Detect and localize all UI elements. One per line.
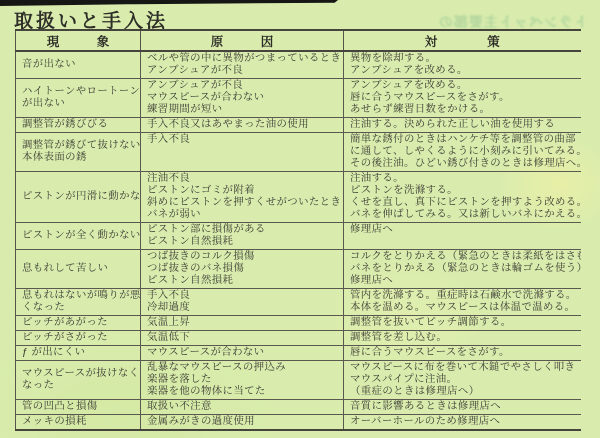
cell-line: 本体を温める。マウスピースは体温で温める。 [350,302,578,314]
cell-line: バネを伸ばしてみる。又は新しいバネにかえる。 [350,209,578,221]
cause-cell: 気温低下 [141,331,344,346]
table-row: ピストンが円滑に動かない注油不良ピストンにゴミが附着斜めにピストンを押すくせがつ… [16,172,581,223]
cell-line: 斜めにピストンを押すくせがついたとき [147,197,340,209]
action-cell: 音質に影響あるときは修理店へ [344,400,581,415]
cell-line: アンブシュアを改める。 [350,65,578,77]
phenomenon-cell: 息もれして苦しい [16,250,141,289]
cell-line: が出ない [22,98,137,110]
action-cell: マウスピースに布を巻いて木鎚でやさしく叩きマウスパイプに注油。（重症のときは修理… [344,361,581,400]
cell-line: アンブシュアが不良 [147,65,340,77]
cause-cell: つば抜きのコルク損傷つば抜きのバネ損傷ピストン自然損耗 [141,250,344,289]
cell-line: 簡単な銹付のときはハンケチ等を調整管の曲部 [350,134,578,146]
phenomenon-cell: 音が出ない [16,51,141,79]
cell-line: ベルや管の中に異物がつまっているとき [147,53,340,65]
cause-cell: 取扱い不注意 [141,400,344,415]
cell-line: マウスピースが抜けなく [22,368,137,380]
action-cell: 注油する。ピストンを洗滌する。くせを直し、真下にピストンを押すよう改める。バネを… [344,172,581,223]
phenomenon-cell: 息もれはないが鳴りが悪くなった [16,289,141,316]
cause-cell: ベルや管の中に異物がつまっているときアンブシュアが不良 [141,51,344,79]
table-row: 音が出ないベルや管の中に異物がつまっているときアンブシュアが不良異物を除却する。… [16,51,581,79]
cause-cell: 手入不良又はあやまった油の使用 [141,118,344,133]
phenomenon-cell: ピストンが全く動かない [16,223,141,250]
phenomenon-cell: 管の凹凸と損傷 [16,400,141,415]
action-cell: 異物を除却する。アンブシュアを改める。 [344,51,581,79]
cell-line: 注油する。 [350,173,578,185]
cell-line: 音質に影響あるときは修理店へ [350,401,578,413]
cell-line: 唇に合うマウスピースをさがす。 [350,92,578,104]
cause-cell: ピストン部に損傷があるピストン自然損耗 [141,223,344,250]
cell-line: コルクをとりかえる（緊急のときは柔紙をはさむ）。 [350,251,578,263]
cell-line: に通して、しやくるように小刻みに引いてみる。 [350,146,578,158]
table-row: 調整管が銹びて抜けない本体表面の銹手入不良簡単な銹付のときはハンケチ等を調整管の… [16,133,581,172]
cell-line: 修理店へ [350,275,578,287]
cell-line: 手入不良 [147,290,340,302]
table-row: マウスピースが抜けなくなった乱暴なマウスピースの押込み楽器を落した楽器を他の物体… [16,361,581,400]
cell-line: つば抜きのバネ損傷 [147,263,340,275]
cell-line: ピストン部に損傷がある [147,224,340,236]
cell-line: 異物を除却する。 [350,53,578,65]
cell-line: 音が出ない [22,59,137,71]
cell-line: 冷却過度 [147,302,340,314]
cell-line: 気温上昇 [147,317,340,329]
cell-line: バネをとりかえる（緊急のときは輪ゴムを使う）。 [350,263,578,275]
action-cell: 修理店へ [344,223,581,250]
table-row: ピッチがあがった気温上昇調整管を抜いてピッチ調節する。 [16,316,581,331]
cell-line: 気温低下 [147,332,340,344]
cell-line: 手入不良又はあやまった油の使用 [147,119,340,131]
header-action: 対 策 [344,30,581,51]
cell-line: アンブシュアが不良 [147,80,340,92]
cell-line: マウスピースに布を巻いて木鎚でやさしく叩き [350,362,578,374]
maintenance-table: 現 象 原 因 対 策 音が出ないベルや管の中に異物がつまっているときアンブシュ… [15,29,581,431]
cell-line: マウスピースが合わない [147,92,340,104]
cell-line: あせらず練習日数をかける。 [350,104,578,116]
phenomenon-cell: ハイトーンやロートーンが出ない [16,79,141,118]
cell-line: アンブシュアを改める。 [350,80,578,92]
action-cell: オーバーホールのため修理店へ [344,415,581,431]
cause-cell: マウスピースが合わない [141,346,344,361]
cause-cell: 乱暴なマウスピースの押込み楽器を落した楽器を他の物体に当てた [141,361,344,400]
cell-line: ピストンが全く動かない [22,230,137,242]
table-row: 管の凹凸と損傷取扱い不注意音質に影響あるときは修理店へ [16,400,581,415]
action-cell: 簡単な銹付のときはハンケチ等を調整管の曲部に通して、しやくるように小刻みに引いて… [344,133,581,172]
table-row: ピッチがさがった気温低下調整管を差し込む。 [16,331,581,346]
phenomenon-cell: マウスピースが抜けなくなった [16,361,141,400]
cell-line: 調整管を差し込む。 [350,332,578,344]
cell-line: メッキの損耗 [22,416,137,428]
table-row: ハイトーンやロートーンが出ないアンブシュアが不良マウスピースが合わない練習期間が… [16,79,581,118]
cell-line: 息もれはないが鳴りが悪 [22,290,137,302]
phenomenon-cell: 調整管が銹びびる [16,118,141,133]
cell-line: ピストンが円滑に動かない [22,191,137,203]
action-cell: アンブシュアを改める。唇に合うマウスピースをさがす。あせらず練習日数をかける。 [344,79,581,118]
cell-line: 唇に合うマウスピースをさがす。 [350,347,578,359]
cell-line: 金属みがきの過度使用 [147,416,340,428]
cell-line: ピストン自然損耗 [147,275,340,287]
cell-line: ピストン自然損耗 [147,236,340,248]
header-cause: 原 因 [141,30,344,51]
cause-cell: 気温上昇 [141,316,344,331]
cause-cell: 注油不良ピストンにゴミが附着斜めにピストンを押すくせがついたときバネが弱い [141,172,344,223]
phenomenon-cell: 調整管が銹びて抜けない本体表面の銹 [16,133,141,172]
phenomenon-cell: ピッチがあがった [16,316,141,331]
cell-line: ƒ が出にくい [22,347,137,359]
cell-line: 本体表面の銹 [22,152,137,164]
cell-line: くなった [22,302,137,314]
cell-line: 管の凹凸と損傷 [22,401,137,413]
cell-line: マウスピースが合わない [147,347,340,359]
action-cell: 調整管を差し込む。 [344,331,581,346]
cell-line: 取扱い不注意 [147,401,340,413]
cell-line: 修理店へ [350,224,578,236]
action-cell: コルクをとりかえる（緊急のときは柔紙をはさむ）。バネをとりかえる（緊急のときは輪… [344,250,581,289]
action-cell: 調整管を抜いてピッチ調節する。 [344,316,581,331]
cell-line: 楽器を他の物体に当てた [147,386,340,398]
cell-line: 練習期間が短い [147,104,340,116]
cell-line: ピッチがさがった [22,332,137,344]
cell-line: その後注油。ひどい銹び付きのときは修理店へ。 [350,158,578,170]
cell-line: 調整管が銹びびる [22,119,137,131]
table-row: メッキの損耗金属みがきの過度使用オーバーホールのため修理店へ [16,415,581,431]
cause-cell: 金属みがきの過度使用 [141,415,344,431]
table-row: ピストンが全く動かないピストン部に損傷があるピストン自然損耗修理店へ [16,223,581,250]
action-cell: 注油する。決められた正しい油を使用する [344,118,581,133]
cause-cell: 手入不良 [141,133,344,172]
cell-line: マウスパイプに注油。 [350,374,578,386]
cell-line: くせを直し、真下にピストンを押すよう改める。 [350,197,578,209]
header-phenomenon: 現 象 [16,30,141,51]
scanned-page: トランペット主要部の名称 取扱いと手入法 現 象 原 因 対 策 音が出ないベル… [0,0,600,438]
phenomenon-cell: ƒ が出にくい [16,346,141,361]
phenomenon-cell: ピッチがさがった [16,331,141,346]
cell-line: 注油する。決められた正しい油を使用する [350,119,578,131]
cell-line: ハイトーンやロートーン [22,86,137,98]
cell-line: ピッチがあがった [22,317,137,329]
cell-line: つば抜きのコルク損傷 [147,251,340,263]
cause-cell: アンブシュアが不良マウスピースが合わない練習期間が短い [141,79,344,118]
action-cell: 唇に合うマウスピースをさがす。 [344,346,581,361]
table-header-row: 現 象 原 因 対 策 [16,30,581,51]
cell-line: 調整管が銹びて抜けない [22,140,137,152]
table-row: 息もれはないが鳴りが悪くなった手入不良冷却過度管内を洗滌する。重症時は石鹸水で洗… [16,289,581,316]
cell-line: （重症のときは修理店へ） [350,386,578,398]
cell-line: ピストンにゴミが附着 [147,185,340,197]
phenomenon-cell: メッキの損耗 [16,415,141,431]
cell-line: バネが弱い [147,209,340,221]
cell-line: 調整管を抜いてピッチ調節する。 [350,317,578,329]
cell-line: 乱暴なマウスピースの押込み [147,362,340,374]
table-row: 調整管が銹びびる手入不良又はあやまった油の使用注油する。決められた正しい油を使用… [16,118,581,133]
action-cell: 管内を洗滌する。重症時は石鹸水で洗滌する。本体を温める。マウスピースは体温で温め… [344,289,581,316]
cell-line: オーバーホールのため修理店へ [350,416,578,428]
cell-line: なった [22,380,137,392]
cell-line: 管内を洗滌する。重症時は石鹸水で洗滌する。 [350,290,578,302]
cell-line: 楽器を落した [147,374,340,386]
cell-line: 手入不良 [147,134,340,146]
cause-cell: 手入不良冷却過度 [141,289,344,316]
phenomenon-cell: ピストンが円滑に動かない [16,172,141,223]
cell-line: ピストンを洗滌する。 [350,185,578,197]
cell-line: 息もれして苦しい [22,263,137,275]
cell-line: 注油不良 [147,173,340,185]
table-row: ƒ が出にくいマウスピースが合わない唇に合うマウスピースをさがす。 [16,346,581,361]
table-row: 息もれして苦しいつば抜きのコルク損傷つば抜きのバネ損傷ピストン自然損耗コルクをと… [16,250,581,289]
